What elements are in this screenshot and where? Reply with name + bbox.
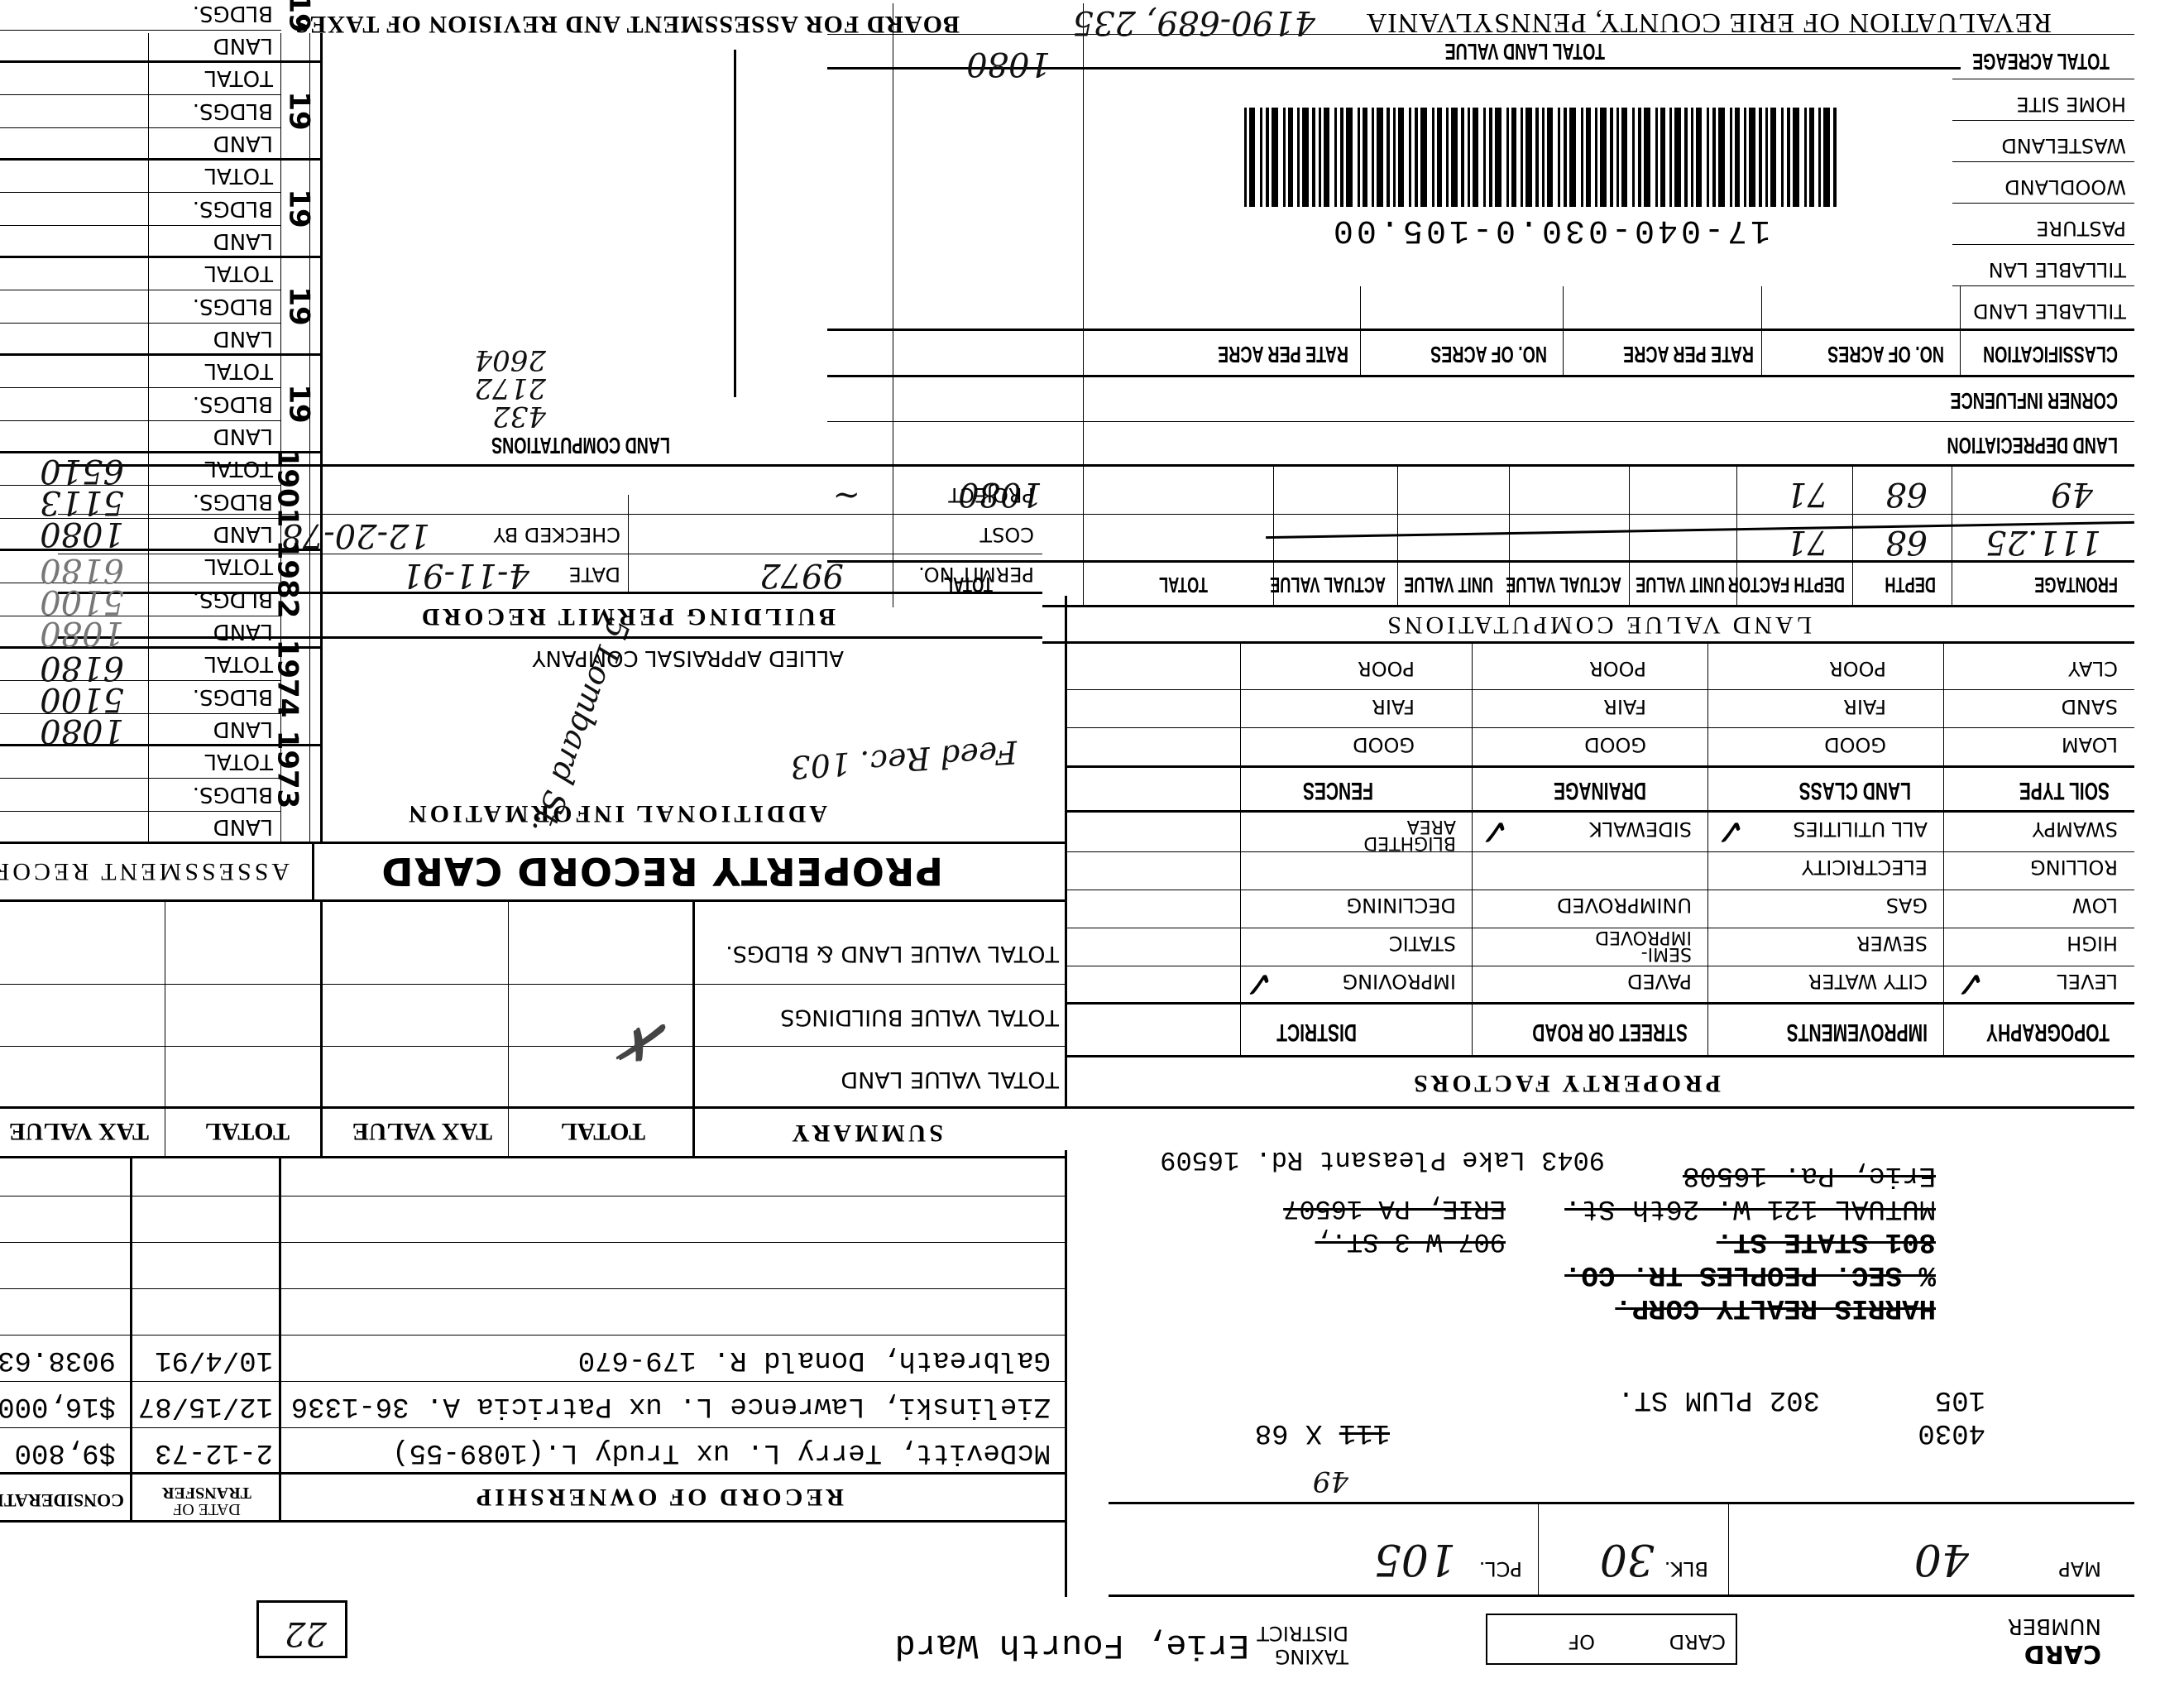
- checked-by-label: CHECKED BY: [493, 523, 620, 546]
- divider: [0, 778, 281, 779]
- card-of-card-label: CARD: [1669, 1630, 1726, 1653]
- divider: [1067, 1106, 2134, 1109]
- district-label: DISTRICT: [1257, 1622, 1348, 1645]
- land-class-header: LAND CLASS: [1799, 776, 1911, 804]
- map-value: 40: [1914, 1534, 1969, 1584]
- divider: [827, 421, 2134, 422]
- divider: [1472, 644, 1473, 1057]
- owner-address-block-2: 907 W 3 ST., ERIE, PA 16507: [1283, 1192, 1506, 1258]
- divider: [1728, 1504, 1729, 1597]
- divider: [0, 1288, 1067, 1289]
- divider: [0, 1242, 1067, 1243]
- divider: [0, 290, 281, 290]
- divider: [1707, 644, 1708, 1057]
- divider: [1943, 644, 1944, 1057]
- assessment-row-label-total: TOTAL: [205, 358, 273, 383]
- divider: [1067, 765, 2134, 768]
- summary-row-buildings: TOTAL VALUE BUILDINGS: [780, 1005, 1059, 1030]
- assessment-row-label-total: TOTAL: [205, 554, 273, 578]
- divider: [1952, 467, 1952, 607]
- divider: [1067, 689, 2134, 690]
- divider: [628, 495, 629, 594]
- permit-date-value: 4-11-91: [402, 556, 529, 594]
- card-of-of-label: OF: [1568, 1630, 1595, 1653]
- summary-title: SUMMARY: [788, 1119, 943, 1147]
- divider: [734, 50, 736, 397]
- lot-frontage-handwritten: 49: [1313, 1465, 1348, 1498]
- divider: [0, 1427, 1067, 1428]
- improvements-header: IMPROVEMENTS: [1787, 1018, 1928, 1046]
- divider: [1952, 203, 2134, 204]
- assessment-row-label-total: TOTAL: [205, 261, 273, 285]
- owner-current-address: 9043 Lake Pleasant Rd. 16509: [1160, 1144, 1605, 1175]
- summary-col-tax-value-2: TAX VALUE: [9, 1117, 149, 1145]
- check-level-icon: ✓: [1955, 962, 1985, 1005]
- divider: [1067, 727, 2134, 728]
- check-sidewalk-icon: ✓: [1479, 810, 1510, 852]
- divider: [1109, 1502, 2134, 1504]
- total-land-value: 1080: [966, 45, 1051, 83]
- divider: [0, 1196, 1067, 1196]
- assessment-year-prefix: 19: [282, 91, 315, 130]
- assessment-row-label-bldgs: BLDGS.: [193, 684, 273, 709]
- assessment-record-title: ASSESSMENT RECORD: [0, 857, 290, 885]
- divider: [1960, 286, 1961, 377]
- assessment-row-label-bldgs: BLDGS.: [193, 1, 273, 26]
- assessment-row-label-total: TOTAL: [205, 651, 273, 676]
- divider: [0, 1335, 1067, 1336]
- additional-note-1: Feed Rec. 103: [789, 733, 1018, 785]
- divider: [1761, 286, 1762, 377]
- land-computations-title: LAND COMPUTATIONS: [491, 432, 670, 458]
- divider: [1563, 286, 1564, 377]
- assessment-row-label-bldgs: BLDGS.: [193, 489, 273, 514]
- divider: [0, 984, 1067, 985]
- assessment-row-label-land: LAND: [213, 326, 273, 351]
- cost-label: COST: [979, 523, 1034, 546]
- assessment-row-label-total: TOTAL: [205, 749, 273, 774]
- divider: [320, 33, 323, 844]
- divider: [0, 256, 323, 258]
- revaluation-title: REVALUATION OF ERIE COUNTY, PENNSYLVANIA: [1366, 7, 2052, 38]
- assessment-row-label-bldgs: BLDGS.: [193, 196, 273, 221]
- divider: [320, 902, 323, 1158]
- divider: [1067, 851, 2134, 852]
- summary-col-total-1: TOTAL: [561, 1117, 645, 1145]
- land-computation-notes: 432 2172 2604: [474, 346, 546, 430]
- rate-per-acre-header-2: RATE PER ACRE: [1218, 341, 1348, 367]
- divider: [0, 842, 323, 844]
- assessment-row-label-land: LAND: [213, 424, 273, 448]
- allied-appraisal-label: ALLIED APPRAISAL COMPANY: [533, 645, 844, 670]
- assessment-year-prefix: 19: [282, 189, 315, 228]
- assessment-row-label-bldgs: BLDGS.: [193, 98, 273, 123]
- divider: [0, 94, 281, 95]
- divider: [1240, 644, 1241, 1057]
- summary-col-total-2: TOTAL: [205, 1117, 290, 1145]
- divider: [0, 30, 281, 31]
- divider: [508, 902, 509, 1158]
- property-code-2: 105: [1935, 1383, 1985, 1415]
- divider: [0, 127, 281, 128]
- divider: [0, 192, 281, 193]
- additional-information-title: ADDITIONAL INFORMATION: [405, 799, 827, 827]
- parcel-id: 17-040-030.0-105.00: [1330, 211, 1770, 248]
- land-depreciation-label: LAND DEPRECIATION: [1947, 432, 2118, 458]
- divider: [1952, 120, 2134, 121]
- divider: [1629, 467, 1630, 607]
- divider: [0, 1046, 1067, 1047]
- divider: [1065, 1150, 1067, 1597]
- blk-label: BLK.: [1664, 1557, 1708, 1580]
- map-label: MAP: [2058, 1557, 2101, 1580]
- summary-row-land: TOTAL VALUE LAND: [841, 1067, 1059, 1092]
- check-all-utilities-icon: ✓: [1715, 810, 1746, 852]
- divider: [148, 33, 149, 844]
- blk-value: 30: [1600, 1534, 1655, 1584]
- assessment-row-label-bldgs: BLDGS.: [193, 782, 273, 807]
- property-code-1: 4030: [1918, 1417, 1985, 1448]
- taxing-district-value: Erie, Fourth Ward: [895, 1625, 1249, 1665]
- check-improving-icon: ✓: [1243, 962, 1274, 1005]
- project-label: PROJECT: [948, 483, 1034, 506]
- topography-header: TOPOGRAPHY: [1986, 1018, 2110, 1046]
- divider: [0, 225, 281, 226]
- boxed-number: 22: [256, 1600, 347, 1658]
- assessment-row-label-land: LAND: [213, 814, 273, 839]
- divider: [692, 902, 695, 1158]
- divider: [1067, 928, 2134, 928]
- divider: [1538, 1504, 1539, 1597]
- soil-type-header: SOIL TYPE: [2019, 776, 2110, 804]
- divider: [0, 1520, 1067, 1523]
- assessment-year-prefix: 19: [282, 286, 315, 325]
- owner-address-block-1: HARRIS REALTY CORP. % SEC. PEOPLES TR. C…: [1564, 1158, 1936, 1324]
- pcl-value: 105: [1374, 1534, 1456, 1584]
- lot-size: 111 X 68: [1255, 1417, 1390, 1448]
- street-road-header: STREET OR ROAD: [1532, 1018, 1688, 1046]
- classification-label: CLASSIFICATION: [1983, 341, 2118, 367]
- assessment-row-label-land: LAND: [213, 717, 273, 741]
- divider: [309, 33, 310, 844]
- divider: [0, 158, 323, 161]
- assessment-row-label-land: LAND: [213, 33, 273, 58]
- divider: [0, 387, 281, 388]
- district-header: DISTRICT: [1276, 1018, 1357, 1046]
- divider: [0, 1156, 1067, 1158]
- divider: [0, 1106, 1067, 1109]
- ownership-title: RECORD OF OWNERSHIP: [473, 1483, 844, 1511]
- card-label: CARD: [2024, 1639, 2101, 1668]
- permit-no-value: 9972: [759, 556, 844, 594]
- corner-influence-label: CORNER INFLUENCE: [1950, 387, 2118, 414]
- handwritten-reference: 4190-689, 235: [1073, 3, 1315, 41]
- parcel-barcode: [1183, 108, 1837, 207]
- divider: [1397, 467, 1398, 607]
- assessment-row-label-total: TOTAL: [205, 163, 273, 188]
- card-of-box: CARD OF: [1486, 1614, 1737, 1665]
- divider: [1952, 285, 2134, 286]
- divider: [893, 3, 893, 607]
- summary-col-tax-value-1: TAX VALUE: [352, 1117, 492, 1145]
- divider: [0, 420, 281, 421]
- project-value: ~: [832, 477, 860, 515]
- divider: [0, 811, 281, 812]
- divider: [1067, 810, 2134, 813]
- divider: [1042, 641, 2134, 644]
- land-value-computations-title: LAND VALUE COMPUTATIONS: [1384, 611, 1812, 639]
- divider: [1067, 1055, 2134, 1057]
- property-record-card: CARD NUMBER CARD OF TAXING DISTRICT Erie…: [0, 0, 2184, 1688]
- no-of-acres-header-1: NO. OF ACRES: [1827, 341, 1944, 367]
- divider: [1067, 890, 2134, 890]
- assessment-year-prefix: 19: [282, 384, 315, 423]
- permit-no-label: PERMIT NO.: [918, 563, 1034, 586]
- divider: [1109, 1594, 2134, 1597]
- divider: [0, 60, 323, 63]
- divider: [827, 375, 2134, 377]
- fences-header: FENCES: [1303, 776, 1373, 804]
- rate-per-acre-header-1: RATE PER ACRE: [1623, 341, 1754, 367]
- divider: [1852, 467, 1853, 607]
- divider: [1042, 605, 2134, 607]
- divider: [1952, 244, 2134, 245]
- divider: [1065, 596, 1067, 1109]
- assessment-row-label-total: TOTAL: [205, 456, 273, 481]
- property-record-card-title: PROPERTY RECORD CARD: [381, 849, 943, 894]
- divider: [0, 1472, 1067, 1475]
- divider: [58, 636, 1042, 639]
- summary-row-land-bldgs: TOTAL VALUE LAND & BLDGS.: [726, 941, 1059, 966]
- assessment-row-label-bldgs: BLDGS.: [193, 391, 273, 416]
- divider: [1952, 161, 2134, 162]
- divider: [1360, 286, 1361, 377]
- assessment-row-label-land: LAND: [213, 619, 273, 644]
- taxing-label: TAXING: [1275, 1645, 1348, 1668]
- pcl-label: PCL.: [1479, 1557, 1522, 1580]
- permit-date-label: DATE: [569, 563, 620, 586]
- divider: [165, 902, 165, 1158]
- divider: [0, 899, 1067, 902]
- property-address: 302 PLUM ST.: [1617, 1383, 1820, 1415]
- assessment-row-label-total: TOTAL: [205, 65, 273, 90]
- divider: [1736, 467, 1737, 607]
- assessment-row-label-land: LAND: [213, 131, 273, 156]
- divider: [1083, 3, 1084, 607]
- drainage-header: DRAINAGE: [1554, 776, 1646, 804]
- divider: [827, 328, 2134, 331]
- divider: [0, 323, 281, 324]
- assessment-row-label-land: LAND: [213, 228, 273, 253]
- divider: [0, 1381, 1067, 1382]
- divider: [312, 844, 314, 902]
- property-factors-title: PROPERTY FACTORS: [1410, 1069, 1721, 1097]
- no-of-acres-header-2: NO. OF ACRES: [1430, 341, 1547, 367]
- divider: [0, 353, 323, 356]
- divider: [1509, 467, 1510, 607]
- divider: [130, 1158, 132, 1523]
- divider: [1952, 79, 2134, 79]
- assessment-row-label-bldgs: BLDGS.: [193, 587, 273, 611]
- board-title: BOARD FOR ASSESSMENT AND REVISION OF TAX…: [295, 10, 960, 38]
- consideration-header: CONSIDERATIO: [0, 1489, 124, 1511]
- assessment-row-label-land: LAND: [213, 521, 273, 546]
- divider: [279, 1158, 281, 1523]
- divider: [280, 33, 281, 844]
- date-of-transfer-header: DATE OFTRANSFER: [141, 1484, 273, 1518]
- assessment-row-label-bldgs: BLDGS.: [193, 294, 273, 319]
- building-permit-title: BUILDING PERMIT RECORD: [419, 602, 836, 631]
- total-land-value-label: TOTAL LAND VALUE: [1445, 38, 1605, 65]
- summary-crossed-out-mark: ✗: [616, 1005, 676, 1080]
- assessment-year-prefix: 19: [282, 0, 315, 33]
- card-number-label: NUMBER: [2002, 1614, 2101, 1638]
- divider: [58, 514, 1042, 515]
